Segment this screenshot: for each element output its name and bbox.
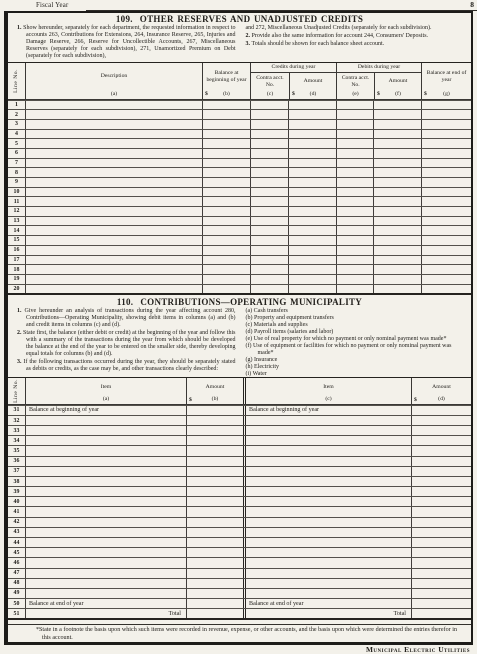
amount-cell-right: [411, 609, 471, 618]
line-number-cell: 11: [8, 197, 25, 206]
debit-amount-cell: [373, 217, 421, 226]
item-cell-right: [243, 589, 411, 598]
balance-begin-cell: [202, 275, 250, 284]
credit-amount-cell: [288, 110, 336, 119]
credit-amount-cell: [288, 130, 336, 139]
credits-group-header: Credits during year Contra acct. No. (c)…: [250, 63, 336, 99]
dollar-sign: $: [414, 397, 417, 403]
balance-begin-cell: [202, 178, 250, 187]
amount-label: Amount: [412, 378, 471, 395]
section-109-number: 109.: [116, 14, 133, 24]
contra-debit-cell: [336, 139, 373, 148]
amount-cell-right: [411, 426, 471, 435]
item-tag: (c): [246, 322, 254, 328]
debit-amount-cell: [373, 149, 421, 158]
balance-end-cell: [421, 217, 471, 226]
item-cell-right: [243, 538, 411, 547]
balance-end-cell: [421, 130, 471, 139]
column-letter-c: (c): [325, 396, 331, 402]
amount-cell-left: [186, 406, 243, 415]
amount-cell-right: [411, 457, 471, 466]
debit-amount-header: Amount $ (f): [374, 73, 421, 99]
item-cell-left: [25, 477, 186, 486]
item-cell-left: [25, 538, 186, 547]
contra-credit-cell: [250, 197, 288, 206]
credit-amount-cell: [288, 101, 336, 110]
line-number-cell: 47: [8, 569, 25, 578]
section-109-heading: OTHER RESERVES AND UNADJUSTED CREDITS: [140, 14, 363, 24]
section-110-number: 110.: [117, 297, 133, 307]
contra-debit-cell: [336, 265, 373, 274]
contra-credit-cell: [250, 139, 288, 148]
description-cell: [25, 139, 202, 148]
credit-amount-cell: [288, 139, 336, 148]
amount-cell-right: [411, 528, 471, 537]
line-no-header: Line No.: [8, 63, 25, 99]
description-cell: [25, 188, 202, 197]
balance-end-header: Balance at end of year $ (g): [421, 63, 471, 99]
contra-debit-cell: [336, 159, 373, 168]
table-contributions: Line No. Item (a) Amount $ (b) Item (c) …: [8, 377, 471, 621]
contra-debit-cell: [336, 110, 373, 119]
line-number-cell: 14: [8, 226, 25, 235]
debit-amount-cell: [373, 197, 421, 206]
table109-row: 10: [8, 187, 471, 197]
debit-amount-cell: [373, 101, 421, 110]
line-number-cell: 34: [8, 436, 25, 445]
amount-cell-right: [411, 497, 471, 506]
line-number-cell: 49: [8, 589, 25, 598]
description-column-header: Description (a): [25, 63, 202, 99]
item-cell-left: [25, 528, 186, 537]
description-cell: [25, 149, 202, 158]
item-cell-left: Total: [25, 609, 186, 618]
credit-amount-cell: [288, 236, 336, 245]
table110-row: 41: [8, 506, 471, 516]
item-cell-right: [243, 436, 411, 445]
line-number-cell: 13: [8, 217, 25, 226]
line-number-cell: 36: [8, 457, 25, 466]
line-number-cell: 9: [8, 178, 25, 187]
amount-cell-left: [186, 426, 243, 435]
table110-row: 50Balance at end of yearBalance at end o…: [8, 598, 471, 608]
line-number-cell: 4: [8, 130, 25, 139]
item-tag: (f): [246, 343, 254, 349]
line-number-cell: 40: [8, 497, 25, 506]
balance-begin-cell: [202, 246, 250, 255]
balance-end-cell: [421, 110, 471, 119]
line-number-cell: 2: [8, 110, 25, 119]
amount-label: Amount: [187, 378, 243, 395]
contra-account-header: Contra acct. No. (c): [251, 73, 289, 99]
balance-begin-cell: [202, 120, 250, 129]
description-cell: [25, 246, 202, 255]
item-number: 2.: [17, 330, 23, 336]
table109-row: 2: [8, 109, 471, 119]
line-no-label: Line No.: [13, 69, 19, 93]
line-number-cell: 51: [8, 609, 25, 618]
line-number-cell: 7: [8, 159, 25, 168]
fiscal-year-label: Fiscal Year: [36, 2, 68, 9]
item-cell-right: [243, 579, 411, 588]
description-label: Description: [26, 63, 202, 90]
table109-row: 20: [8, 284, 471, 294]
line-number-cell: 39: [8, 487, 25, 496]
contra-debit-cell: [336, 285, 373, 294]
item-cell-left: [25, 518, 186, 527]
contra-credit-cell: [250, 285, 288, 294]
column-letter-f: (f): [395, 91, 401, 97]
debit-amount-cell: [373, 207, 421, 216]
contra-account-header: Contra acct. No. (e): [337, 73, 374, 99]
fiscal-year-fill-line: [86, 10, 477, 11]
contra-debit-cell: [336, 236, 373, 245]
credit-amount-cell: [288, 188, 336, 197]
balance-begin-cell: [202, 226, 250, 235]
description-cell: [25, 207, 202, 216]
amount-cell-right: [411, 599, 471, 608]
amount-cell-right: [411, 548, 471, 557]
table109-header: Line No. Description (a) Balance at begi…: [8, 63, 471, 100]
description-cell: [25, 168, 202, 177]
table-other-reserves: Line No. Description (a) Balance at begi…: [8, 62, 471, 296]
contra-credit-cell: [250, 149, 288, 158]
credit-amount-cell: [288, 285, 336, 294]
contra-credit-cell: [250, 226, 288, 235]
table109-row: 13: [8, 216, 471, 226]
item-number: 2.: [246, 33, 252, 39]
contra-credit-cell: [250, 168, 288, 177]
table110-row: 32: [8, 415, 471, 425]
amount-cell-left: [186, 518, 243, 527]
description-cell: [25, 101, 202, 110]
balance-end-cell: [421, 188, 471, 197]
debit-amount-cell: [373, 159, 421, 168]
amount-cell-left: [186, 558, 243, 567]
amount-cell-right: [411, 467, 471, 476]
line-number-cell: 35: [8, 446, 25, 455]
item-cell-right: [243, 569, 411, 578]
table110-row: 37: [8, 466, 471, 476]
item-cell-left: [25, 436, 186, 445]
item-cell-right: [243, 507, 411, 516]
line-no-label: Line No.: [13, 379, 19, 403]
line-no-header: Line No.: [8, 378, 25, 404]
instruction-item: (e) Use of real property for which no pa…: [246, 336, 465, 343]
table110-row: 36: [8, 456, 471, 466]
balance-end-label: Balance at end of year: [422, 63, 471, 90]
column-letter-d: (d): [438, 396, 445, 402]
line-number-cell: 19: [8, 275, 25, 284]
line-number-cell: 46: [8, 558, 25, 567]
description-cell: [25, 130, 202, 139]
amount-cell-left: [186, 467, 243, 476]
contra-credit-cell: [250, 256, 288, 265]
credit-amount-cell: [288, 159, 336, 168]
debit-amount-cell: [373, 139, 421, 148]
line-number-cell: 43: [8, 528, 25, 537]
table109-row: 5: [8, 138, 471, 148]
balance-begin-cell: [202, 207, 250, 216]
credit-amount-cell: [288, 217, 336, 226]
balance-end-cell: [421, 256, 471, 265]
transaction-type-list: (a) Cash transfers(b) Property and equip…: [246, 308, 465, 377]
item-cell-left: [25, 589, 186, 598]
item-cell-left: [25, 558, 186, 567]
balance-begin-cell: [202, 149, 250, 158]
item-cell-left: Balance at end of year: [25, 599, 186, 608]
amount-cell-left: [186, 528, 243, 537]
column-letter-g: (g): [443, 91, 450, 97]
table110-row: 35: [8, 445, 471, 455]
amount-cell-left: [186, 589, 243, 598]
instruction-item: (f) Use of equipment or facilities for w…: [246, 343, 465, 357]
contra-credit-cell: [250, 275, 288, 284]
instruction-item: 1. Show hereunder, separately for each d…: [17, 25, 236, 60]
credit-amount-cell: [288, 178, 336, 187]
balance-begin-cell: [202, 217, 250, 226]
instruction-item: (g) Insurance: [246, 357, 465, 364]
section-109-title: 109. OTHER RESERVES AND UNADJUSTED CREDI…: [8, 14, 471, 24]
amount-cell-left: [186, 457, 243, 466]
debit-amount-cell: [373, 265, 421, 274]
form-footer: Municipal Electric Utilities: [0, 645, 477, 654]
column-letter-b: (b): [212, 396, 219, 402]
section-109-instructions: 1. Show hereunder, separately for each d…: [8, 24, 471, 62]
item-tag: (e): [246, 336, 254, 342]
item-right-header: Item (c): [243, 378, 411, 404]
balance-end-cell: [421, 168, 471, 177]
balance-begin-cell: [202, 101, 250, 110]
contra-credit-cell: [250, 217, 288, 226]
table109-row: 3: [8, 119, 471, 129]
line-number-cell: 33: [8, 426, 25, 435]
contra-debit-cell: [336, 178, 373, 187]
table109-row: 14: [8, 225, 471, 235]
description-cell: [25, 285, 202, 294]
table110-row: 38: [8, 476, 471, 486]
column-letter-a: (a): [111, 91, 117, 97]
dollar-sign: $: [205, 91, 208, 97]
line-number-cell: 41: [8, 507, 25, 516]
description-cell: [25, 159, 202, 168]
contra-credit-cell: [250, 265, 288, 274]
contra-debit-cell: [336, 207, 373, 216]
amount-cell-right: [411, 569, 471, 578]
item-number: 1.: [17, 308, 25, 314]
contra-debit-cell: [336, 130, 373, 139]
amount-cell-left: [186, 579, 243, 588]
contra-debit-cell: [336, 197, 373, 206]
amount-cell-right: [411, 446, 471, 455]
item-cell-left: [25, 446, 186, 455]
balance-end-cell: [421, 101, 471, 110]
contra-label: Contra acct. No.: [337, 73, 374, 90]
balance-begin-cell: [202, 130, 250, 139]
table110-header: Line No. Item (a) Amount $ (b) Item (c) …: [8, 378, 471, 405]
item-cell-left: Balance at beginning of year: [25, 406, 186, 415]
credit-amount-cell: [288, 197, 336, 206]
line-number-cell: 42: [8, 518, 25, 527]
amount-cell-left: [186, 569, 243, 578]
description-cell: [25, 197, 202, 206]
item-cell-right: [243, 497, 411, 506]
credit-amount-cell: [288, 120, 336, 129]
balance-end-cell: [421, 207, 471, 216]
amount-cell-left: [186, 609, 243, 618]
amount-cell-right: [411, 538, 471, 547]
amount-cell-right: [411, 416, 471, 425]
item-cell-right: [243, 446, 411, 455]
amount-label: Amount: [290, 73, 336, 90]
contra-debit-cell: [336, 120, 373, 129]
credit-amount-cell: [288, 207, 336, 216]
debit-amount-cell: [373, 236, 421, 245]
instruction-item: (h) Electricity: [246, 364, 465, 371]
balance-end-cell: [421, 139, 471, 148]
line-number-cell: 1: [8, 101, 25, 110]
debits-group-header: Debits during year Contra acct. No. (e) …: [336, 63, 421, 99]
line-number-cell: 32: [8, 416, 25, 425]
item-cell-right: [243, 416, 411, 425]
contra-credit-cell: [250, 130, 288, 139]
table110-body: 31Balance at beginning of yearBalance at…: [8, 405, 471, 619]
contra-credit-cell: [250, 236, 288, 245]
item-left-header: Item (a): [25, 378, 186, 404]
page-top-strip: Fiscal Year 8: [0, 0, 477, 11]
debit-amount-cell: [373, 188, 421, 197]
table109-row: 15: [8, 235, 471, 245]
line-number-cell: 31: [8, 406, 25, 415]
line-number-cell: 18: [8, 265, 25, 274]
instruction-item: 3. Totals should be shown for each balan…: [246, 41, 465, 48]
balance-beginning-label: Balance at beginning of year: [203, 63, 250, 90]
item-cell-left: [25, 426, 186, 435]
table109-row: 9: [8, 177, 471, 187]
dollar-sign: $: [189, 397, 192, 403]
amount-cell-left: [186, 497, 243, 506]
table109-row: 8: [8, 167, 471, 177]
item-cell-left: [25, 497, 186, 506]
instructions-left-column: 1. Give hereunder an analysis of transac…: [17, 308, 236, 377]
item-cell-right: [243, 487, 411, 496]
description-cell: [25, 178, 202, 187]
item-cell-left: [25, 507, 186, 516]
item-cell-left: [25, 579, 186, 588]
amount-cell-right: [411, 579, 471, 588]
amount-cell-right: [411, 507, 471, 516]
description-cell: [25, 236, 202, 245]
item-number: 3.: [17, 359, 23, 365]
table109-row: 19: [8, 274, 471, 284]
amount-cell-left: [186, 487, 243, 496]
contra-credit-cell: [250, 110, 288, 119]
description-cell: [25, 275, 202, 284]
line-number-cell: 15: [8, 236, 25, 245]
amount-cell-left: [186, 446, 243, 455]
item-cell-right: Balance at end of year: [243, 599, 411, 608]
item-cell-right: [243, 457, 411, 466]
amount-cell-left: [186, 507, 243, 516]
table110-row: 39: [8, 486, 471, 496]
balance-end-cell: [421, 236, 471, 245]
credit-amount-cell: [288, 246, 336, 255]
balance-begin-cell: [202, 236, 250, 245]
balance-begin-cell: [202, 188, 250, 197]
amount-cell-right: [411, 589, 471, 598]
debit-amount-cell: [373, 130, 421, 139]
line-number-cell: 44: [8, 538, 25, 547]
table109-row: 7: [8, 158, 471, 168]
instructions-left-column: 1. Show hereunder, separately for each d…: [17, 25, 236, 62]
instructions-right-column: and 272, Miscellaneous Unadjusted Credit…: [246, 25, 465, 62]
item-cell-right: [243, 518, 411, 527]
item-cell-right: Total: [243, 609, 411, 618]
balance-begin-cell: [202, 256, 250, 265]
description-cell: [25, 110, 202, 119]
table110-row: 49: [8, 588, 471, 598]
amount-label: Amount: [375, 73, 421, 90]
table109-row: 4: [8, 129, 471, 139]
amount-cell-left: [186, 548, 243, 557]
table109-row: 16: [8, 245, 471, 255]
amount-cell-right: [411, 477, 471, 486]
instruction-item: 2. Provide also the same information for…: [246, 33, 465, 40]
item-cell-left: [25, 457, 186, 466]
debit-amount-cell: [373, 178, 421, 187]
balance-begin-cell: [202, 197, 250, 206]
table109-row: 6: [8, 148, 471, 158]
contra-credit-cell: [250, 207, 288, 216]
item-cell-left: [25, 467, 186, 476]
contra-credit-cell: [250, 178, 288, 187]
table110-row: 51TotalTotal: [8, 608, 471, 618]
amount-cell-right: [411, 436, 471, 445]
debit-amount-cell: [373, 285, 421, 294]
item-cell-left: [25, 416, 186, 425]
credit-amount-cell: [288, 149, 336, 158]
column-letter-d: (d): [310, 91, 317, 97]
description-cell: [25, 120, 202, 129]
item-cell-right: [243, 426, 411, 435]
credit-amount-cell: [288, 275, 336, 284]
table110-row: 45: [8, 547, 471, 557]
dollar-sign: $: [292, 91, 295, 97]
line-number-cell: 17: [8, 256, 25, 265]
balance-beginning-header: Balance at beginning of year $ (b): [202, 63, 250, 99]
amount-cell-right: [411, 487, 471, 496]
line-number-cell: 10: [8, 188, 25, 197]
amount-cell-right: [411, 558, 471, 567]
contra-debit-cell: [336, 256, 373, 265]
description-cell: [25, 256, 202, 265]
line-number-cell: 6: [8, 149, 25, 158]
item-number: 1.: [17, 25, 23, 31]
amount-cell-right: [411, 406, 471, 415]
line-number-cell: 20: [8, 285, 25, 294]
balance-end-cell: [421, 149, 471, 158]
contra-credit-cell: [250, 246, 288, 255]
item-tag: (g): [246, 357, 255, 363]
contra-debit-cell: [336, 275, 373, 284]
balance-begin-cell: [202, 168, 250, 177]
amount-cell-left: [186, 477, 243, 486]
credit-amount-cell: [288, 168, 336, 177]
item-tag: (b): [246, 315, 255, 321]
table110-row: 42: [8, 517, 471, 527]
contra-credit-cell: [250, 159, 288, 168]
item-cell-right: [243, 548, 411, 557]
